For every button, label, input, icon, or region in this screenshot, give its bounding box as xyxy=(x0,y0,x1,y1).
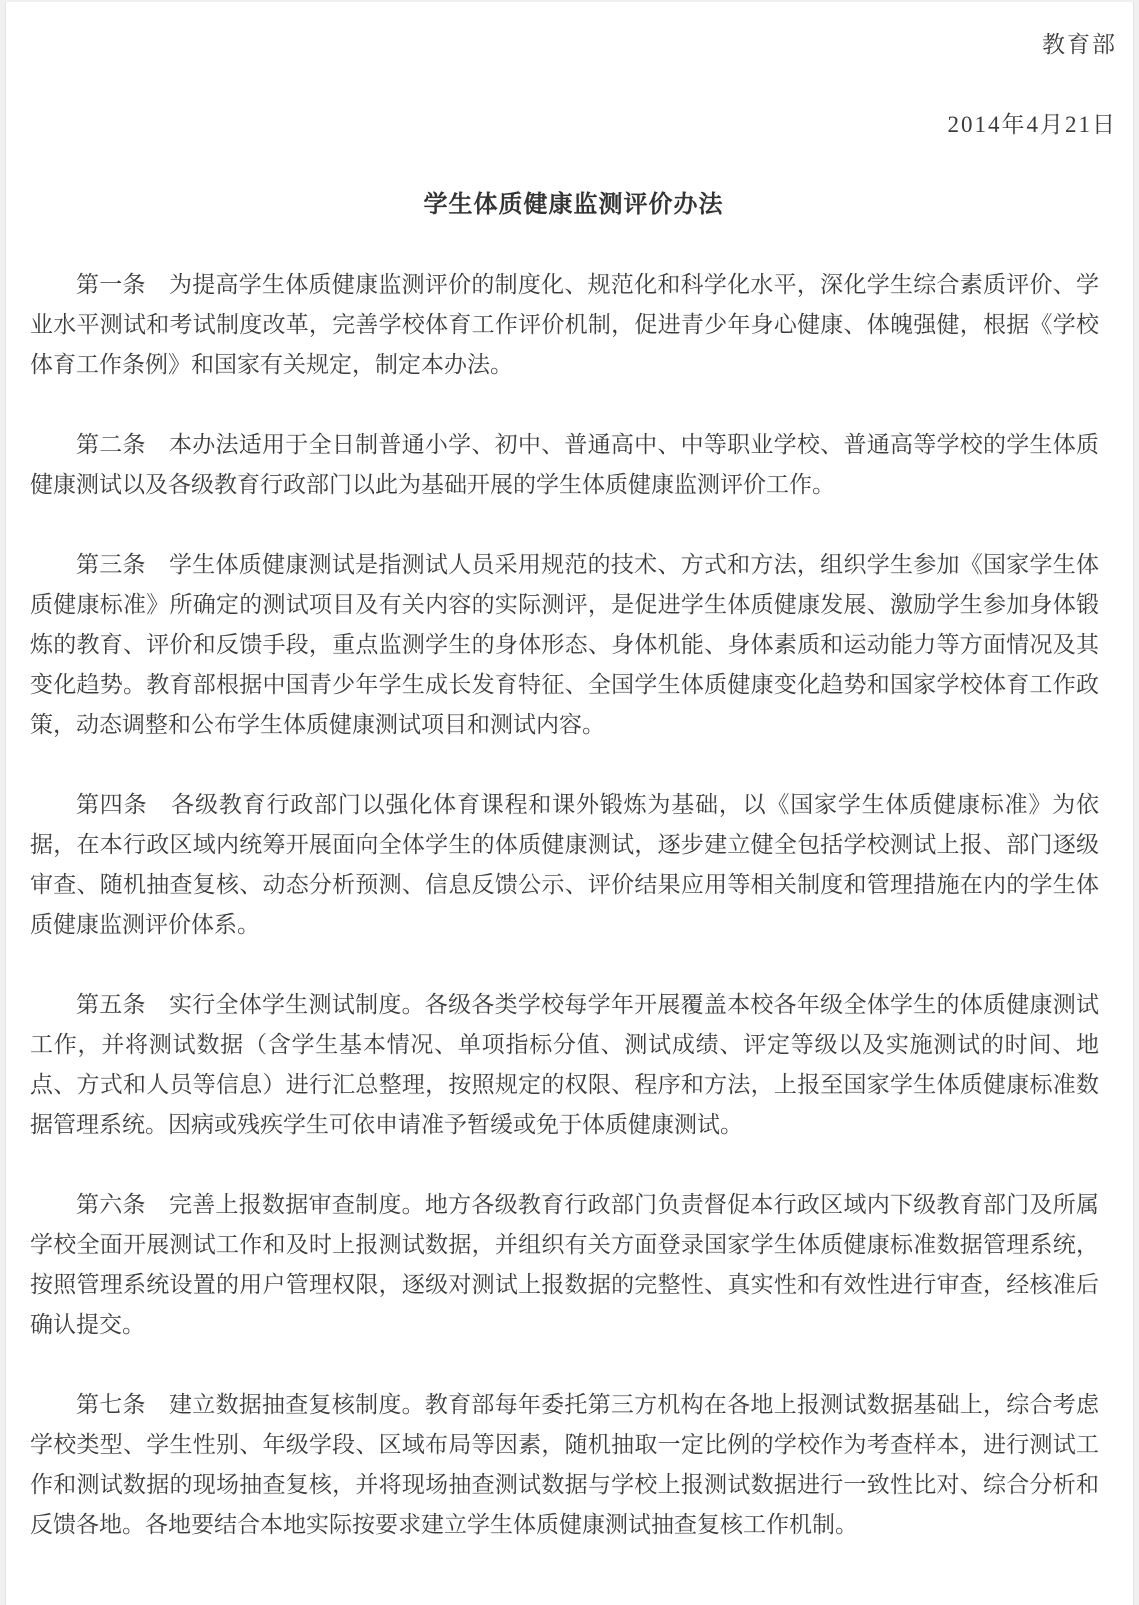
document-header: 教育部 2014年4月21日 xyxy=(30,25,1117,145)
article-paragraph-4: 第四条 各级教育行政部门以强化体育课程和课外锻炼为基础，以《国家学生体质健康标准… xyxy=(30,785,1099,945)
issuer: 教育部 xyxy=(30,25,1117,65)
article-paragraph-1: 第一条 为提高学生体质健康监测评价的制度化、规范化和科学化水平，深化学生综合素质… xyxy=(30,265,1099,385)
article-paragraph-5: 第五条 实行全体学生测试制度。各级各类学校每学年开展覆盖本校各年级全体学生的体质… xyxy=(30,985,1099,1145)
publish-date: 2014年4月21日 xyxy=(30,105,1117,145)
document-page: 教育部 2014年4月21日 学生体质健康监测评价办法 第一条 为提高学生体质健… xyxy=(5,2,1134,1605)
document-title: 学生体质健康监测评价办法 xyxy=(30,185,1117,225)
article-paragraph-7: 第七条 建立数据抽查复核制度。教育部每年委托第三方机构在各地上报测试数据基础上，… xyxy=(30,1385,1099,1545)
article-paragraph-2: 第二条 本办法适用于全日制普通小学、初中、普通高中、中等职业学校、普通高等学校的… xyxy=(30,425,1099,505)
article-paragraph-3: 第三条 学生体质健康测试是指测试人员采用规范的技术、方式和方法，组织学生参加《国… xyxy=(30,545,1099,745)
document-body: 第一条 为提高学生体质健康监测评价的制度化、规范化和科学化水平，深化学生综合素质… xyxy=(30,265,1117,1545)
article-paragraph-6: 第六条 完善上报数据审查制度。地方各级教育行政部门负责督促本行政区域内下级教育部… xyxy=(30,1185,1099,1345)
